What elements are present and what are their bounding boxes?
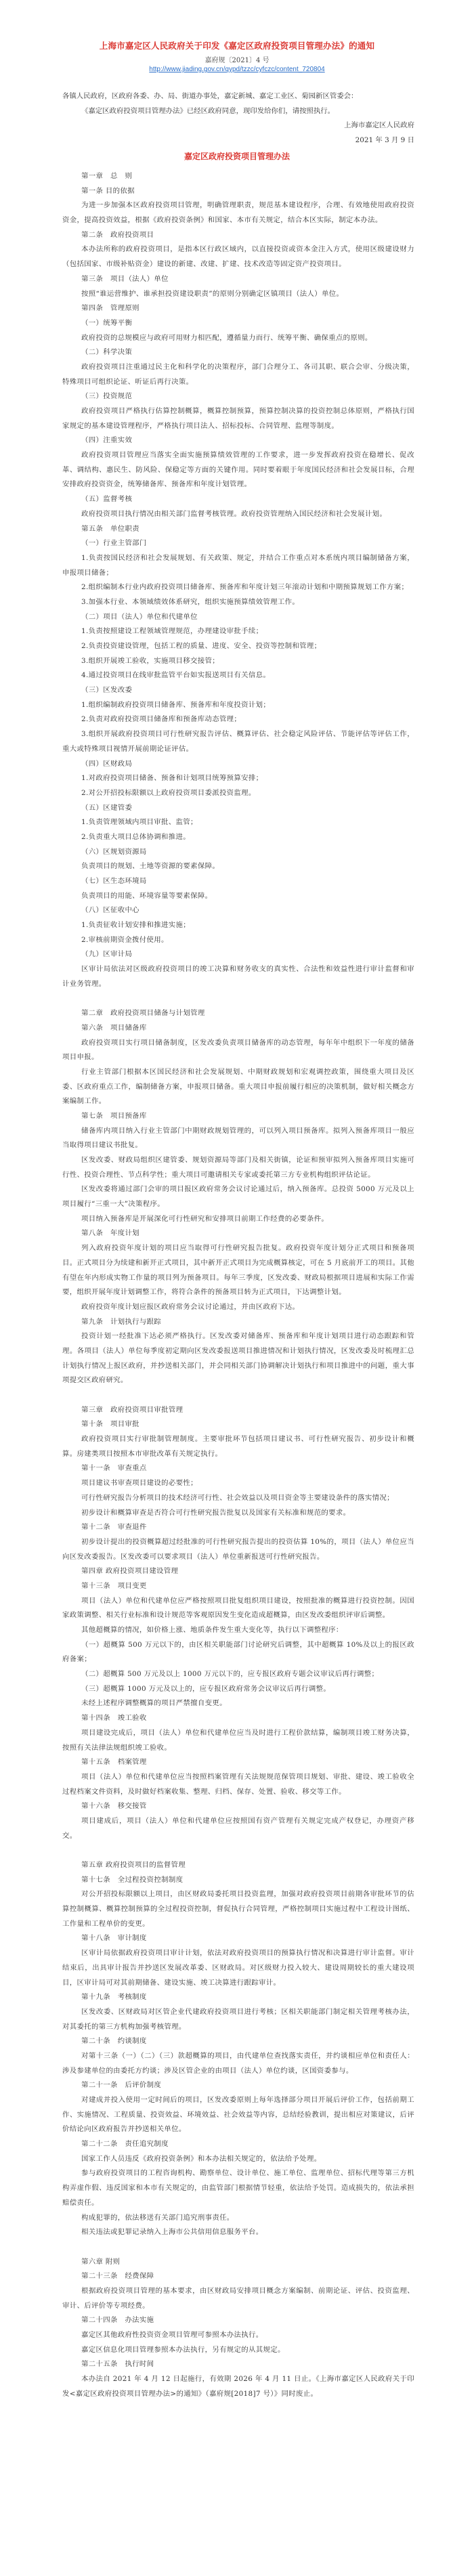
law-paragraph: 对第十三条（一）（二）（三）款超概算的项目，由代建单位查找落实责任，并约谈相应单…	[62, 2049, 414, 2078]
law-paragraph: 2.对公开招投标限额以上政府投资项目委派投资监理。	[62, 786, 414, 801]
law-title: 嘉定区政府投资项目管理办法	[0, 150, 474, 162]
law-paragraph: 2.负责重大项目总体协调和推进。	[62, 830, 414, 845]
law-paragraph: 3.组织开展竣工验收，实施项目移交接管；	[62, 654, 414, 669]
law-paragraph: 1.组织编制政府投资项目储备库、预备库和年度投资计划；	[62, 698, 414, 713]
law-paragraph: （四）区财政局	[62, 757, 414, 772]
notice-title: 上海市嘉定区人民政府关于印发《嘉定区政府投资项目管理办法》的通知	[0, 39, 474, 51]
law-paragraph: 根据政府投资项目管理的基本要求，由区财政局安排项目概念方案编制、前期论证、评估、…	[62, 2284, 414, 2313]
blank-line	[62, 2240, 414, 2255]
law-paragraph: 1.负责按国民经济和社会发展规划、有关政策、规定，并结合工作重点对本系统内项目编…	[62, 551, 414, 580]
source-url-line: http://www.jiading.gov.cn/qypd/tzzc/cyfc…	[0, 66, 474, 73]
law-paragraph: 政府投资年度计划应报区政府常务会议讨论通过，并由区政府下达。	[62, 1300, 414, 1315]
blank-line	[62, 992, 414, 1007]
law-paragraph: 区发改委、区财政局对区管企业代建政府投资项目进行考核；区相关职能部门制定相关管理…	[62, 2005, 414, 2034]
law-paragraph: 第二条 政府投资项目	[62, 228, 414, 243]
law-paragraph: 1.对政府投资项目储备、预备和计划项目统筹预算安排；	[62, 771, 414, 786]
notice-signature: 上海市嘉定区人民政府	[62, 119, 414, 133]
law-paragraph: 负责项目的用能、环境容量等要素保障。	[62, 889, 414, 904]
notice-body: 《嘉定区政府投资项目管理办法》已经区政府同意，现印发给你们，请按照执行。	[62, 104, 414, 119]
law-paragraph: 行业主管部门根据本区国民经济和社会发展规划、中期财政规划和宏观调控政策，围绕重大…	[62, 1065, 414, 1109]
law-paragraph: （七）区生态环境局	[62, 874, 414, 889]
law-paragraph: （一）超概算 500 万元以下的，由区相关职能部门讨论研究后调整，其中超概算 1…	[62, 1638, 414, 1667]
law-paragraph: 国家工作人员违反《政府投资条例》和本办法相关规定的，依法给予处理。	[62, 2152, 414, 2167]
notice-block: 各镇人民政府，区政府各委、办、局、街道办事处，嘉定新城、嘉定工业区、菊园新区管委…	[62, 89, 414, 148]
law-paragraph: 未经上述程序调整概算的项目严禁擅自变更。	[62, 1696, 414, 1711]
law-paragraph: 区发改委将通过部门会审的项目报区政府常务会议讨论通过后，纳入预备库。总投资 50…	[62, 1182, 414, 1211]
law-paragraph: 第十四条 竣工验收	[62, 1711, 414, 1726]
law-paragraph: 第一条 目的依据	[62, 184, 414, 199]
law-paragraph: 项目建设完成后，项目（法人）单位和代建单位应当及时进行工程价款结算，编制项目竣工…	[62, 1726, 414, 1755]
law-paragraph: 政府投资项目实行项目储备制度，区发改委负责项目储备库的动态管理，每年年中组织下一…	[62, 1036, 414, 1065]
source-url-link[interactable]: http://www.jiading.gov.cn/qypd/tzzc/cyfc…	[149, 66, 324, 73]
law-paragraph: 第十五条 档案管理	[62, 1755, 414, 1770]
law-paragraph: 相关违法或犯罪记录纳入上海市公共信用信息服务平台。	[62, 2225, 414, 2240]
law-paragraph: 项目纳入预备库是开展深化可行性研究和安排项目前期工作经费的必要条件。	[62, 1212, 414, 1227]
law-paragraph: 第十八条 审计制度	[62, 1931, 414, 1946]
law-paragraph: （五）区建管委	[62, 801, 414, 816]
law-paragraph: 负责项目的规划、土地等资源的要素保障。	[62, 859, 414, 874]
law-paragraph: 按照“谁运营维护、谁承担投资建设职责”的原则分别确定区镇项目（法人）单位。	[62, 287, 414, 302]
law-paragraph: 列入政府投资年度计划的项目应当取得可行性研究报告批复。政府投资年度计划分正式项目…	[62, 1241, 414, 1300]
law-paragraph: （五）监督考核	[62, 492, 414, 507]
law-paragraph: 第三章 政府投资项目审批管理	[62, 1403, 414, 1418]
law-paragraph: 第十一条 审查重点	[62, 1461, 414, 1476]
law-paragraph: （一）统筹平衡	[62, 316, 414, 331]
law-paragraph: 2.负责投资建设管理，包括工程的质量、进度、安全、投资等控制和管理；	[62, 639, 414, 654]
law-paragraph: （三）超概算 1000 万元及以上的，应专报区政府常务会议审议后再行调整。	[62, 1682, 414, 1697]
law-paragraph: 政府投资项目实行审批制管理制度。主要审批环节包括项目建议书、可行性研究报告、初步…	[62, 1432, 414, 1461]
law-paragraph: 第二十条 约谈制度	[62, 2034, 414, 2049]
law-paragraph: 第二十一条 后评价制度	[62, 2078, 414, 2093]
law-body: 第一章 总 则第一条 目的依据为进一步加强本区政府投资项目管理，明确管理职责，规…	[62, 169, 414, 2401]
law-paragraph: 区发改委、财政局组织区建管委、规划资源局等部门及相关街镇，论证和预审拟列入预备库…	[62, 1153, 414, 1182]
document-number: 嘉府规〔2021〕4 号	[0, 54, 474, 64]
law-paragraph: 第六条 项目储备库	[62, 1021, 414, 1036]
law-paragraph: 政府投资项目管理应当落实全面实施预算绩效管理的工作要求，进一步发挥政府投资在稳增…	[62, 448, 414, 492]
law-paragraph: 第二十四条 办法实施	[62, 2313, 414, 2328]
law-paragraph: 参与政府投资项目的工程咨询机构、勘察单位、设计单位、施工单位、监理单位、招标代理…	[62, 2166, 414, 2210]
law-paragraph: 构成犯罪的，依法移送有关部门追究刑事责任。	[62, 2211, 414, 2226]
law-paragraph: 第六章 附则	[62, 2255, 414, 2270]
law-paragraph: 第五章 政府投资项目的监督管理	[62, 1858, 414, 1873]
law-paragraph: 区审计局依据政府投资项目审计计划，依法对政府投资项目的预算执行情况和决算进行审计…	[62, 1946, 414, 1990]
law-paragraph: 第四章 政府投资项目建设管理	[62, 1564, 414, 1579]
law-paragraph: 第九条 计划执行与跟踪	[62, 1315, 414, 1330]
law-paragraph: 初步设计和概算审查是否符合可行性研究报告批复以及国家有关标准和规范的要求。	[62, 1506, 414, 1521]
law-paragraph: 政府投资项目严格执行估算控制概算，概算控制预算，预算控制决算的投资控制总体原则，…	[62, 404, 414, 433]
notice-date: 2021 年 3 月 9 日	[62, 133, 414, 148]
law-paragraph: 本办法自 2021 年 4 月 12 日起施行，有效期 2026 年 4 月 1…	[62, 2372, 414, 2401]
law-paragraph: 第四条 管理原则	[62, 301, 414, 316]
law-paragraph: 2.负责对政府投资项目储备库和预备库动态管理；	[62, 712, 414, 727]
law-paragraph: 第三条 项目（法人）单位	[62, 272, 414, 287]
law-paragraph: 2.组织编制本行业内政府投资项目储备库、预备库和年度计划三年滚动计划和中期预算规…	[62, 580, 414, 595]
law-paragraph: 项目建成后，项目（法人）单位和代建单位应按照国有资产管理有关规定完成产权登记，办…	[62, 1814, 414, 1843]
law-paragraph: 对建成并投入使用一定时间后的项目，区发改委原则上每年选择部分项目开展后评价工作，…	[62, 2093, 414, 2137]
notice-addressee: 各镇人民政府，区政府各委、办、局、街道办事处，嘉定新城、嘉定工业区、菊园新区管委…	[62, 89, 414, 104]
law-paragraph: 为进一步加强本区政府投资项目管理，明确管理职责，规范基本建设程序，合理、有效地使…	[62, 198, 414, 228]
law-paragraph: （二）超概算 500 万元及以上 1000 万元以下的，应专报区政府专题会议审议…	[62, 1667, 414, 1682]
law-paragraph: 政府投资项目注重通过民主化和科学化的决策程序，部门合理分工、各司其职、联合会审、…	[62, 360, 414, 389]
law-paragraph: 其他超概算的情况，如价格上涨、地质条件发生重大变化等，执行以下调整程序：	[62, 1623, 414, 1638]
law-paragraph: 第一章 总 则	[62, 169, 414, 184]
law-paragraph: （四）注重实效	[62, 433, 414, 448]
law-paragraph: 2.审核前期资金拨付使用。	[62, 933, 414, 948]
law-paragraph: 4.通过投资项目在线审批监管平台如实报送项目有关信息。	[62, 668, 414, 683]
law-paragraph: 项目（法人）单位和代建单位应当按照档案管理有关法规规范保管项目规划、审批、建设、…	[62, 1770, 414, 1799]
law-paragraph: 第十六条 移交接管	[62, 1799, 414, 1814]
law-paragraph: 第十九条 考核制度	[62, 1990, 414, 2005]
law-paragraph: （一）行业主管部门	[62, 536, 414, 551]
law-paragraph: （八）区征收中心	[62, 903, 414, 918]
blank-line	[62, 1843, 414, 1858]
law-paragraph: （九）区审计局	[62, 947, 414, 962]
law-paragraph: 政府投资项目执行情况由相关部门监督考核管理。政府投资管理纳入国民经济和社会发展计…	[62, 507, 414, 522]
law-paragraph: 第七条 项目预备库	[62, 1109, 414, 1124]
blank-line	[62, 1388, 414, 1403]
law-paragraph: 可行性研究报告分析项目的技术经济可行性、社会效益以及项目资金等主要建设条件的落实…	[62, 1491, 414, 1506]
law-paragraph: 第十七条 全过程投资控制制度	[62, 1873, 414, 1888]
law-paragraph: 区审计局依法对区级政府投资项目的竣工决算和财务收支的真实性、合法性和效益性进行审…	[62, 962, 414, 991]
law-paragraph: 本办法所称的政府投资项目，是指本区行政区域内，以直接投资或资本金注入方式，使用区…	[62, 242, 414, 272]
law-paragraph: 嘉定区其他政府性投资资金项目管理可参照本办法执行。	[62, 2328, 414, 2343]
law-paragraph: 第二十五条 执行时间	[62, 2357, 414, 2372]
law-paragraph: 政府投资的总规模应与政府可用财力相匹配，遵循量力而行、统筹平衡、确保重点的原则。	[62, 331, 414, 346]
law-paragraph: （二）项目（法人）单位和代建单位	[62, 610, 414, 625]
law-paragraph: 第二十二条 责任追究制度	[62, 2137, 414, 2152]
law-paragraph: 3.组织开展政府投资项目可行性研究报告评估、概算评估、社会稳定风险评估、节能评估…	[62, 727, 414, 756]
law-paragraph: 1.负责征收计划安排和推进实施；	[62, 918, 414, 933]
law-paragraph: 第二章 政府投资项目储备与计划管理	[62, 1006, 414, 1021]
law-paragraph: 投资计划一经批准下达必须严格执行。区发改委对储备库、预备库和年度计划项目进行动态…	[62, 1329, 414, 1388]
law-paragraph: 初步设计提出的投资概算超过经批准的可行性研究报告提出的投资估算 10%的，项目（…	[62, 1535, 414, 1564]
law-paragraph: 项目（法人）单位和代建单位应严格按照项目批复组织项目建设，按照批准的概算进行投资…	[62, 1594, 414, 1623]
law-paragraph: 第十二条 审查退件	[62, 1520, 414, 1535]
law-paragraph: 嘉定区信息化项目管理参照本办法执行，另有规定的从其规定。	[62, 2343, 414, 2358]
law-paragraph: 第十三条 项目变更	[62, 1579, 414, 1594]
law-paragraph: 第二十三条 经费保障	[62, 2269, 414, 2284]
law-paragraph: 对公开招投标限额以上项目，由区财政局委托项目投资监理，加强对政府投资项目前期各审…	[62, 1887, 414, 1931]
law-paragraph: （六）区规划资源局	[62, 845, 414, 860]
law-paragraph: 储备库内项目纳入行业主管部门中期财政规划管理的，可以列入项目预备库。拟列入预备库…	[62, 1124, 414, 1153]
law-paragraph: （三）区发改委	[62, 683, 414, 698]
law-paragraph: 1.负责按照建设工程领域管理规范，办理建设审批手续；	[62, 624, 414, 639]
law-paragraph: 项目建议书审查项目建设的必要性；	[62, 1476, 414, 1491]
law-paragraph: 第八条 年度计划	[62, 1226, 414, 1241]
law-paragraph: 第五条 单位职责	[62, 522, 414, 537]
law-paragraph: （二）科学决策	[62, 345, 414, 360]
law-paragraph: 3.加强本行业、本领域绩效体系研究，组织实施预算绩效管理工作。	[62, 595, 414, 610]
law-paragraph: 1.负责管理领域内项目审批、监管；	[62, 815, 414, 830]
law-paragraph: 第十条 项目审批	[62, 1417, 414, 1432]
law-paragraph: （三）投资规范	[62, 389, 414, 404]
